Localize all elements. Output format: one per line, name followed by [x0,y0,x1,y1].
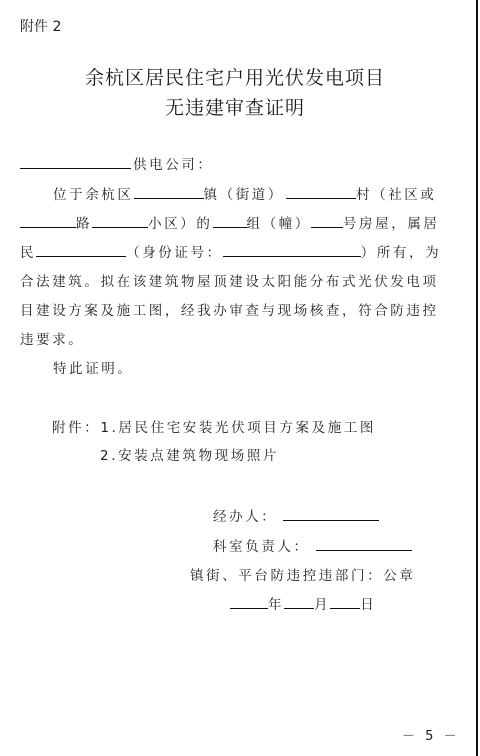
attachment-item-1: 1.居民住宅安装光伏项目方案及施工图 [100,420,376,436]
handler-line: 经办人： [213,505,379,525]
attachments-line-1: 附件：1.居民住宅安装光伏项目方案及施工图 [52,418,376,438]
title-line-1: 余杭区居民住宅户用光伏发电项目 [0,63,470,90]
date-line: 年月日 [230,593,376,613]
title-line-2: 无违建审查证明 [0,93,470,120]
text-town: 镇（街道） [204,187,285,203]
text-house: 号房屋，属居 [343,216,440,232]
month-blank[interactable] [284,596,314,609]
document-page: 附件 2 余杭区居民住宅户用光伏发电项目 无违建审查证明 供电公司： 位于余杭区… [0,0,480,756]
paragraph-line-1: 位于余杭区镇（街道）村（社区或 [53,185,437,205]
text-id-number: （身份证号： [126,245,223,261]
power-company-blank[interactable] [20,156,131,169]
town-blank[interactable] [134,186,204,199]
month-label: 月 [314,597,330,613]
resident-name-blank[interactable] [36,244,126,257]
text-owned: ）所有，为 [361,245,442,261]
section-head-blank[interactable] [316,538,412,551]
text-community: 小区）的 [148,216,212,232]
dept-seal-text: 镇街、平台防违控违部门：公章 [190,564,415,584]
day-blank[interactable] [330,596,360,609]
section-head-label: 科室负责人： [213,539,310,555]
village-blank[interactable] [286,186,356,199]
id-number-blank[interactable] [223,244,361,257]
year-blank[interactable] [230,596,268,609]
text-district: 位于余杭区 [53,187,134,203]
paragraph-line-4: 合法建筑。拟在该建筑物屋顶建设太阳能分布式光伏发电项 [20,272,439,292]
text-group: 组（幢） [247,216,311,232]
community-blank[interactable] [92,215,148,228]
paragraph-line-5: 目建设方案及施工图，经我办审查与现场核查，符合防违控 [20,301,439,321]
text-resident: 民 [20,245,36,261]
group-blank[interactable] [213,215,247,228]
handler-label: 经办人： [213,509,277,525]
house-number-blank[interactable] [311,215,343,228]
attachment-label: 附件 2 [20,16,61,36]
paragraph-line-2: 路小区）的组（幢）号房屋，属居 [20,214,440,234]
attachments-label: 附件： [52,420,100,436]
text-road: 路 [76,216,92,232]
handler-blank[interactable] [283,508,379,521]
attachment-item-2: 2.安装点建筑物现场照片 [100,446,279,466]
certify-text: 特此证明。 [53,359,134,379]
salutation-suffix: 供电公司： [133,157,214,173]
salutation-line: 供电公司： [20,155,214,175]
paragraph-line-6: 违要求。 [20,330,84,350]
year-label: 年 [268,597,284,613]
page-border [476,0,478,756]
text-village: 村（社区或 [356,187,437,203]
section-head-line: 科室负责人： [213,535,412,555]
day-label: 日 [360,597,376,613]
road-blank[interactable] [20,215,76,228]
page-number: － 5 － [402,725,460,744]
paragraph-line-3: 民（身份证号：）所有，为 [20,243,441,263]
